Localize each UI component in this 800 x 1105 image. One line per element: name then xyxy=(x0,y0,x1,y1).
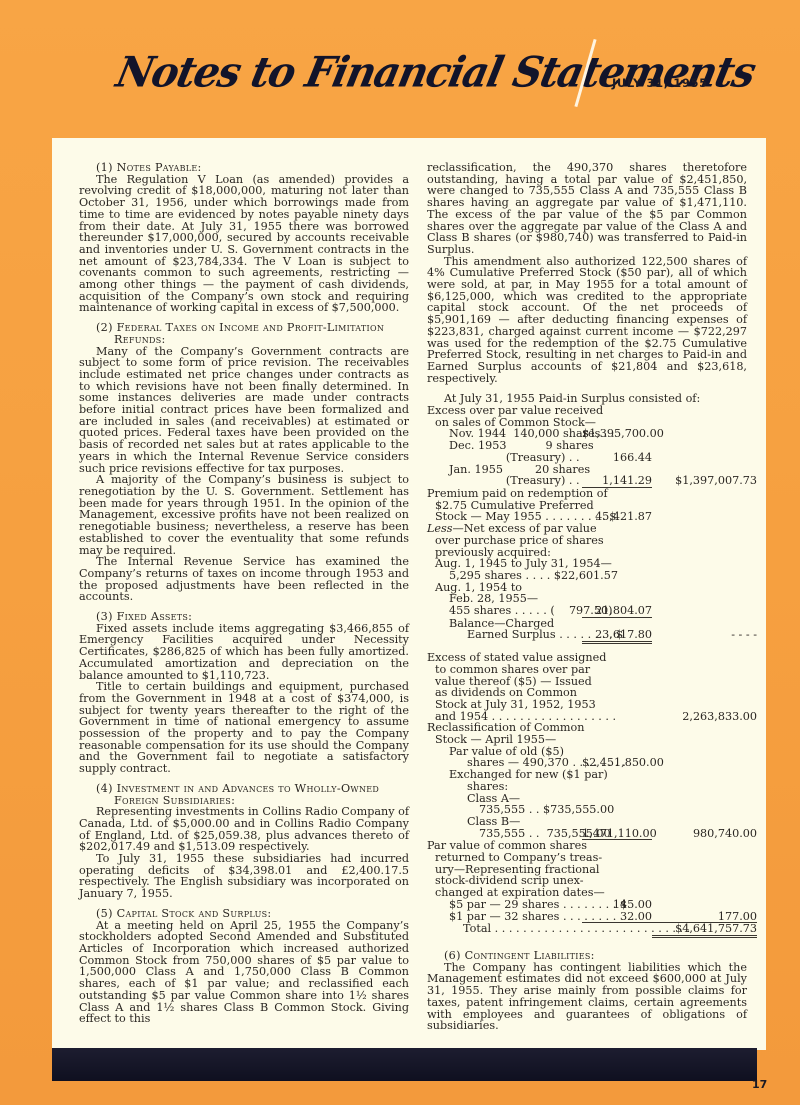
schedule-label: over purchase price of shares xyxy=(427,535,582,547)
schedule-row: Earned Surplus . . . . . . . . $23,617.8… xyxy=(427,629,747,644)
schedule-total xyxy=(652,699,757,711)
schedule-amount xyxy=(582,864,652,876)
schedule-total xyxy=(652,887,757,899)
note-heading: (1) Notes Payable: xyxy=(79,162,409,174)
schedule-total xyxy=(652,757,757,769)
schedule-amount xyxy=(582,652,652,664)
statement-date: JULY 31, 1955 xyxy=(612,76,708,90)
schedule-total xyxy=(652,722,757,734)
schedule-amount: 21,804.07 xyxy=(582,605,652,618)
note-paragraph: Representing investments in Collins Radi… xyxy=(79,806,409,853)
schedule-total xyxy=(652,558,757,570)
note-heading-line1: (4) Investment in and Advances to Wholly… xyxy=(96,782,379,795)
schedule-label: Total . . . . . . . . . . . . . . . . . … xyxy=(427,923,582,938)
schedule-row: to common shares over par xyxy=(427,664,747,676)
schedule-total xyxy=(652,816,757,828)
note-heading: (4) Investment in and Advances to Wholly… xyxy=(79,783,409,806)
schedule-total xyxy=(652,593,757,605)
schedule-amount xyxy=(582,722,652,734)
schedule-total xyxy=(652,440,757,452)
note-paragraph: reclassification, the 490,370 shares the… xyxy=(427,162,747,256)
schedule-label: 5,295 shares . . . . $22,601.57 xyxy=(427,570,582,582)
footer-bar xyxy=(52,1048,757,1081)
schedule-row: over purchase price of shares xyxy=(427,535,747,547)
schedule-rows: Excess over par value receivedon sales o… xyxy=(427,405,747,938)
schedule-total xyxy=(652,781,757,793)
schedule-total xyxy=(652,840,757,852)
schedule-amount: 145.00 xyxy=(582,899,652,911)
schedule-total xyxy=(652,864,757,876)
schedule-total: $4,641,757.73 xyxy=(652,923,757,938)
schedule-total xyxy=(652,547,757,559)
schedule-amount xyxy=(582,734,652,746)
schedule-amount: 1,471,110.00 xyxy=(582,828,652,841)
schedule-amount: 23,617.80 xyxy=(582,629,652,644)
schedule-total xyxy=(652,852,757,864)
note-5-capital-stock: (5) Capital Stock and Surplus: At a meet… xyxy=(79,908,409,1025)
page-number: 17 xyxy=(752,1078,767,1091)
note-paragraph: To July 31, 1955 these subsidiaries had … xyxy=(79,853,409,900)
schedule-row: Excess over par value received xyxy=(427,405,747,417)
schedule-row: (Treasury) . .166.44 xyxy=(427,452,747,464)
right-column: reclassification, the 490,370 shares the… xyxy=(427,162,747,1040)
note-paragraph: The Company has contingent liabilities w… xyxy=(427,962,747,1032)
schedule-total xyxy=(652,605,757,618)
schedule-total: 2,263,833.00 xyxy=(652,711,757,723)
schedule-total xyxy=(652,582,757,594)
note-paragraph: The Internal Revenue Service has examine… xyxy=(79,556,409,603)
note-6-contingent-liabilities: (6) Contingent Liabilities: The Company … xyxy=(427,950,747,1032)
note-3-fixed-assets: (3) Fixed Assets: Fixed assets include i… xyxy=(79,611,409,775)
schedule-amount xyxy=(582,816,652,828)
schedule-row: Total . . . . . . . . . . . . . . . . . … xyxy=(427,923,747,938)
note-2-federal-taxes: (2) Federal Taxes on Income and Profit-L… xyxy=(79,322,409,603)
schedule-label: Earned Surplus . . . . . . . . $ xyxy=(427,629,582,644)
schedule-total xyxy=(652,769,757,781)
schedule-total xyxy=(652,488,757,500)
schedule-total xyxy=(652,746,757,758)
schedule-label: Stock at July 31, 1952, 1953 xyxy=(427,699,582,711)
schedule-amount xyxy=(582,781,652,793)
note-heading-line2: Refunds: xyxy=(79,334,409,346)
schedule-row: 5,295 shares . . . . $22,601.57 xyxy=(427,570,747,582)
schedule-total xyxy=(652,500,757,512)
schedule-row: Stock at July 31, 1952, 1953 xyxy=(427,699,747,711)
schedule-amount xyxy=(582,699,652,711)
paid-in-surplus-schedule: At July 31, 1955 Paid-in Surplus consist… xyxy=(427,393,747,938)
schedule-row: Stock — April 1955— xyxy=(427,734,747,746)
schedule-total xyxy=(652,511,757,523)
note-paragraph: Many of the Company’s Government contrac… xyxy=(79,346,409,475)
schedule-total: $1,397,007.73 xyxy=(652,475,757,488)
schedule-label: Premium paid on redemption of xyxy=(427,488,582,500)
schedule-total xyxy=(652,452,757,464)
note-1-notes-payable: (1) Notes Payable: The Regulation V Loan… xyxy=(79,162,409,314)
schedule-total xyxy=(652,687,757,699)
note-paragraph: At a meeting held on April 25, 1955 the … xyxy=(79,920,409,1025)
schedule-total xyxy=(652,652,757,664)
schedule-amount xyxy=(582,804,652,816)
schedule-label: shares: xyxy=(427,781,582,793)
schedule-label: Class B— xyxy=(427,816,582,828)
note-paragraph: Fixed assets include items aggregating $… xyxy=(79,623,409,682)
schedule-total xyxy=(652,875,757,887)
schedule-total xyxy=(652,535,757,547)
schedule-amount xyxy=(582,676,652,688)
schedule-amount xyxy=(582,405,652,417)
schedule-total xyxy=(652,428,757,440)
schedule-row: $5 par — 29 shares . . . . . . . . $145.… xyxy=(427,899,747,911)
note-heading: (5) Capital Stock and Surplus: xyxy=(79,908,409,920)
note-heading: (3) Fixed Assets: xyxy=(79,611,409,623)
note-heading: (2) Federal Taxes on Income and Profit-L… xyxy=(79,322,409,345)
schedule-total: 980,740.00 xyxy=(652,828,757,841)
schedule-total: - - - - xyxy=(652,629,757,644)
schedule-total xyxy=(652,793,757,805)
note-paragraph: Title to certain buildings and equipment… xyxy=(79,681,409,775)
schedule-label: (Treasury) . . xyxy=(427,452,582,464)
schedule-amount xyxy=(582,570,652,582)
note-paragraph: The Regulation V Loan (as amended) provi… xyxy=(79,174,409,314)
schedule-amount: 166.44 xyxy=(582,452,652,464)
note-4-foreign-subsidiaries: (4) Investment in and Advances to Wholly… xyxy=(79,783,409,900)
schedule-total xyxy=(652,676,757,688)
schedule-label: $5 par — 29 shares . . . . . . . . $ xyxy=(427,899,582,911)
schedule-amount xyxy=(582,923,652,938)
schedule-amount xyxy=(582,769,652,781)
schedule-amount xyxy=(582,664,652,676)
schedule-total xyxy=(652,417,757,429)
schedule-total xyxy=(652,899,757,911)
note-5-continued: reclassification, the 490,370 shares the… xyxy=(427,162,747,938)
note-paragraph: This amendment also authorized 122,500 s… xyxy=(427,256,747,385)
schedule-amount xyxy=(582,582,652,594)
left-column: (1) Notes Payable: The Regulation V Loan… xyxy=(79,162,409,1033)
schedule-total xyxy=(652,523,757,535)
schedule-row: Premium paid on redemption of xyxy=(427,488,747,500)
schedule-row: 455 shares . . . . . ( 797.50)21,804.07 xyxy=(427,605,747,618)
schedule-row: Class B— xyxy=(427,816,747,828)
schedule-amount xyxy=(582,711,652,723)
schedule-total xyxy=(652,664,757,676)
note-heading: (6) Contingent Liabilities: xyxy=(427,950,747,962)
schedule-label: 455 shares . . . . . ( 797.50) xyxy=(427,605,582,618)
schedule-row: shares: xyxy=(427,781,747,793)
schedule-total xyxy=(652,804,757,816)
schedule-label: to common shares over par xyxy=(427,664,582,676)
schedule-total xyxy=(652,570,757,582)
schedule-label: Excess over par value received xyxy=(427,405,582,417)
schedule-total xyxy=(652,734,757,746)
schedule-amount xyxy=(582,535,652,547)
schedule-label: Stock — April 1955— xyxy=(427,734,582,746)
schedule-amount xyxy=(582,488,652,500)
schedule-total xyxy=(652,405,757,417)
note-paragraph: A majority of the Company’s business is … xyxy=(79,474,409,556)
